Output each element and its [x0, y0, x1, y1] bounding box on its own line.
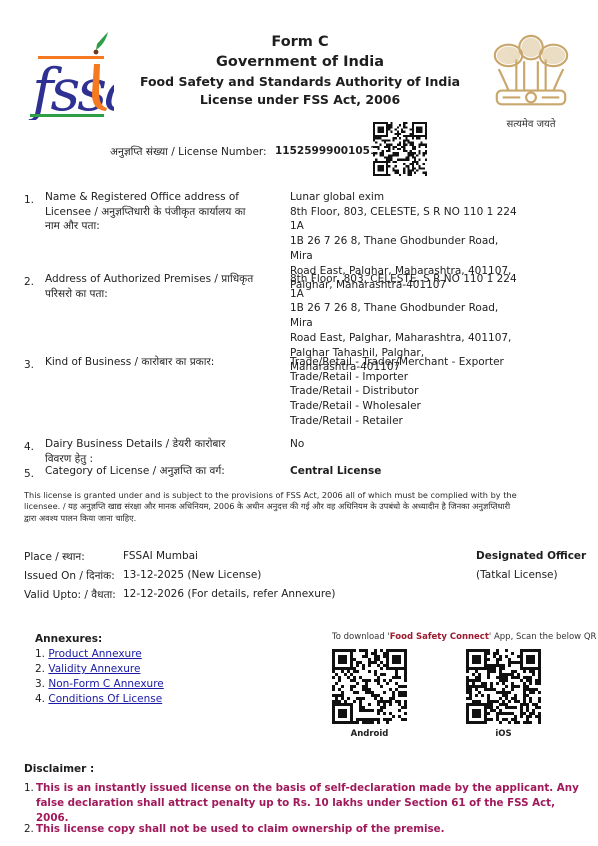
- ios-app-qr-code[interactable]: [466, 649, 541, 724]
- national-emblem: सत्यमेव जयते: [486, 30, 576, 130]
- designated-officer-title: Designated Officer: [476, 550, 586, 562]
- item-value-line: 1B 26 7 26 8, Thane Ghodbunder Road, Mir…: [290, 234, 520, 263]
- item-label: Address of Authorized Premises / प्राधिक…: [45, 272, 255, 301]
- item-label: Dairy Business Details / डेयरी कारोबार व…: [45, 437, 255, 466]
- item-number: 3.: [24, 358, 34, 373]
- svg-text:fssa: fssa: [28, 56, 114, 120]
- item-value-line: Trade/Retail - Trader/Merchant - Exporte…: [290, 355, 520, 370]
- annexure-link[interactable]: Product Annexure: [48, 648, 141, 660]
- license-qr-code[interactable]: [373, 122, 427, 176]
- issued-on-value: 13-12-2025 (New License): [123, 569, 261, 581]
- act-title: License under FSS Act, 2006: [150, 92, 450, 107]
- designated-officer-subtitle: (Tatkal License): [476, 569, 558, 581]
- item-value-line: Road East, Palghar, Maharashtra, 401107,: [290, 331, 520, 346]
- item-number: 4.: [24, 440, 34, 455]
- android-app-qr-code[interactable]: [332, 649, 407, 724]
- item-value-line: Lunar global exim: [290, 190, 520, 205]
- item-label: Category of License / अनुज्ञप्ति का वर्ग…: [45, 464, 255, 479]
- item-number: 1.: [24, 193, 34, 208]
- item-label: Name & Registered Office address of Lice…: [45, 190, 255, 234]
- annexure-item: 3. Non-Form C Annexure: [35, 678, 164, 690]
- annexure-link[interactable]: Conditions Of License: [48, 693, 162, 705]
- license-number-value: 11525999001051: [275, 145, 377, 157]
- item-value-line: 8th Floor, 803, CELESTE, S R NO 110 1 22…: [290, 272, 520, 301]
- android-qr-label: Android: [332, 729, 407, 739]
- valid-upto-label: Valid Upto: / वैधता:: [24, 588, 116, 602]
- annexures-title: Annexures:: [35, 633, 102, 645]
- app-brand-name: Food Safety Connect: [390, 632, 489, 642]
- annexure-link[interactable]: Non-Form C Annexure: [48, 678, 163, 690]
- item-value-line: Trade/Retail - Importer: [290, 370, 520, 385]
- item-value-line: Trade/Retail - Distributor: [290, 384, 520, 399]
- item-value: Trade/Retail - Trader/Merchant - Exporte…: [290, 355, 520, 429]
- item-value-line: Trade/Retail - Retailer: [290, 414, 520, 429]
- item-label: Kind of Business / कारोबार का प्रकार:: [45, 355, 255, 370]
- app-download-note: To download 'Food Safety Connect' App, S…: [332, 632, 596, 642]
- fssai-logo: fssa: [22, 30, 114, 120]
- item-number: 2.: [24, 275, 34, 290]
- government-title: Government of India: [150, 54, 450, 70]
- disclaimer-title: Disclaimer :: [24, 763, 94, 775]
- annexure-item: 1. Product Annexure: [35, 648, 142, 660]
- item-value-line: Trade/Retail - Wholesaler: [290, 399, 520, 414]
- item-value: No: [290, 437, 520, 452]
- place-label: Place / स्थान:: [24, 550, 85, 564]
- item-value: Central License: [290, 464, 520, 479]
- annexure-link[interactable]: Validity Annexure: [48, 663, 140, 675]
- annexure-item: 4. Conditions Of License: [35, 693, 162, 705]
- license-number-label: अनुज्ञप्ति संख्या / License Number:: [110, 145, 267, 159]
- valid-upto-value: 12-12-2026 (For details, refer Annexure): [123, 588, 336, 600]
- item-value-line: Central License: [290, 464, 520, 479]
- disclaimer-item: 1.This is an instantly issued license on…: [24, 781, 584, 825]
- issued-on-label: Issued On / दिनांक:: [24, 569, 115, 583]
- item-value-line: 8th Floor, 803, CELESTE, S R NO 110 1 22…: [290, 205, 520, 234]
- disclaimer-item: 2.This license copy shall not be used to…: [24, 822, 584, 837]
- ios-qr-label: iOS: [466, 729, 541, 739]
- place-value: FSSAI Mumbai: [123, 550, 198, 562]
- emblem-motto: सत्यमेव जयते: [486, 116, 576, 130]
- item-value-line: No: [290, 437, 520, 452]
- form-title: Form C: [150, 34, 450, 50]
- license-notice: This license is granted under and is sub…: [24, 490, 524, 524]
- item-number: 5.: [24, 467, 34, 482]
- authority-title: Food Safety and Standards Authority of I…: [120, 74, 480, 89]
- item-value-line: 1B 26 7 26 8, Thane Ghodbunder Road, Mir…: [290, 301, 520, 330]
- annexure-item: 2. Validity Annexure: [35, 663, 140, 675]
